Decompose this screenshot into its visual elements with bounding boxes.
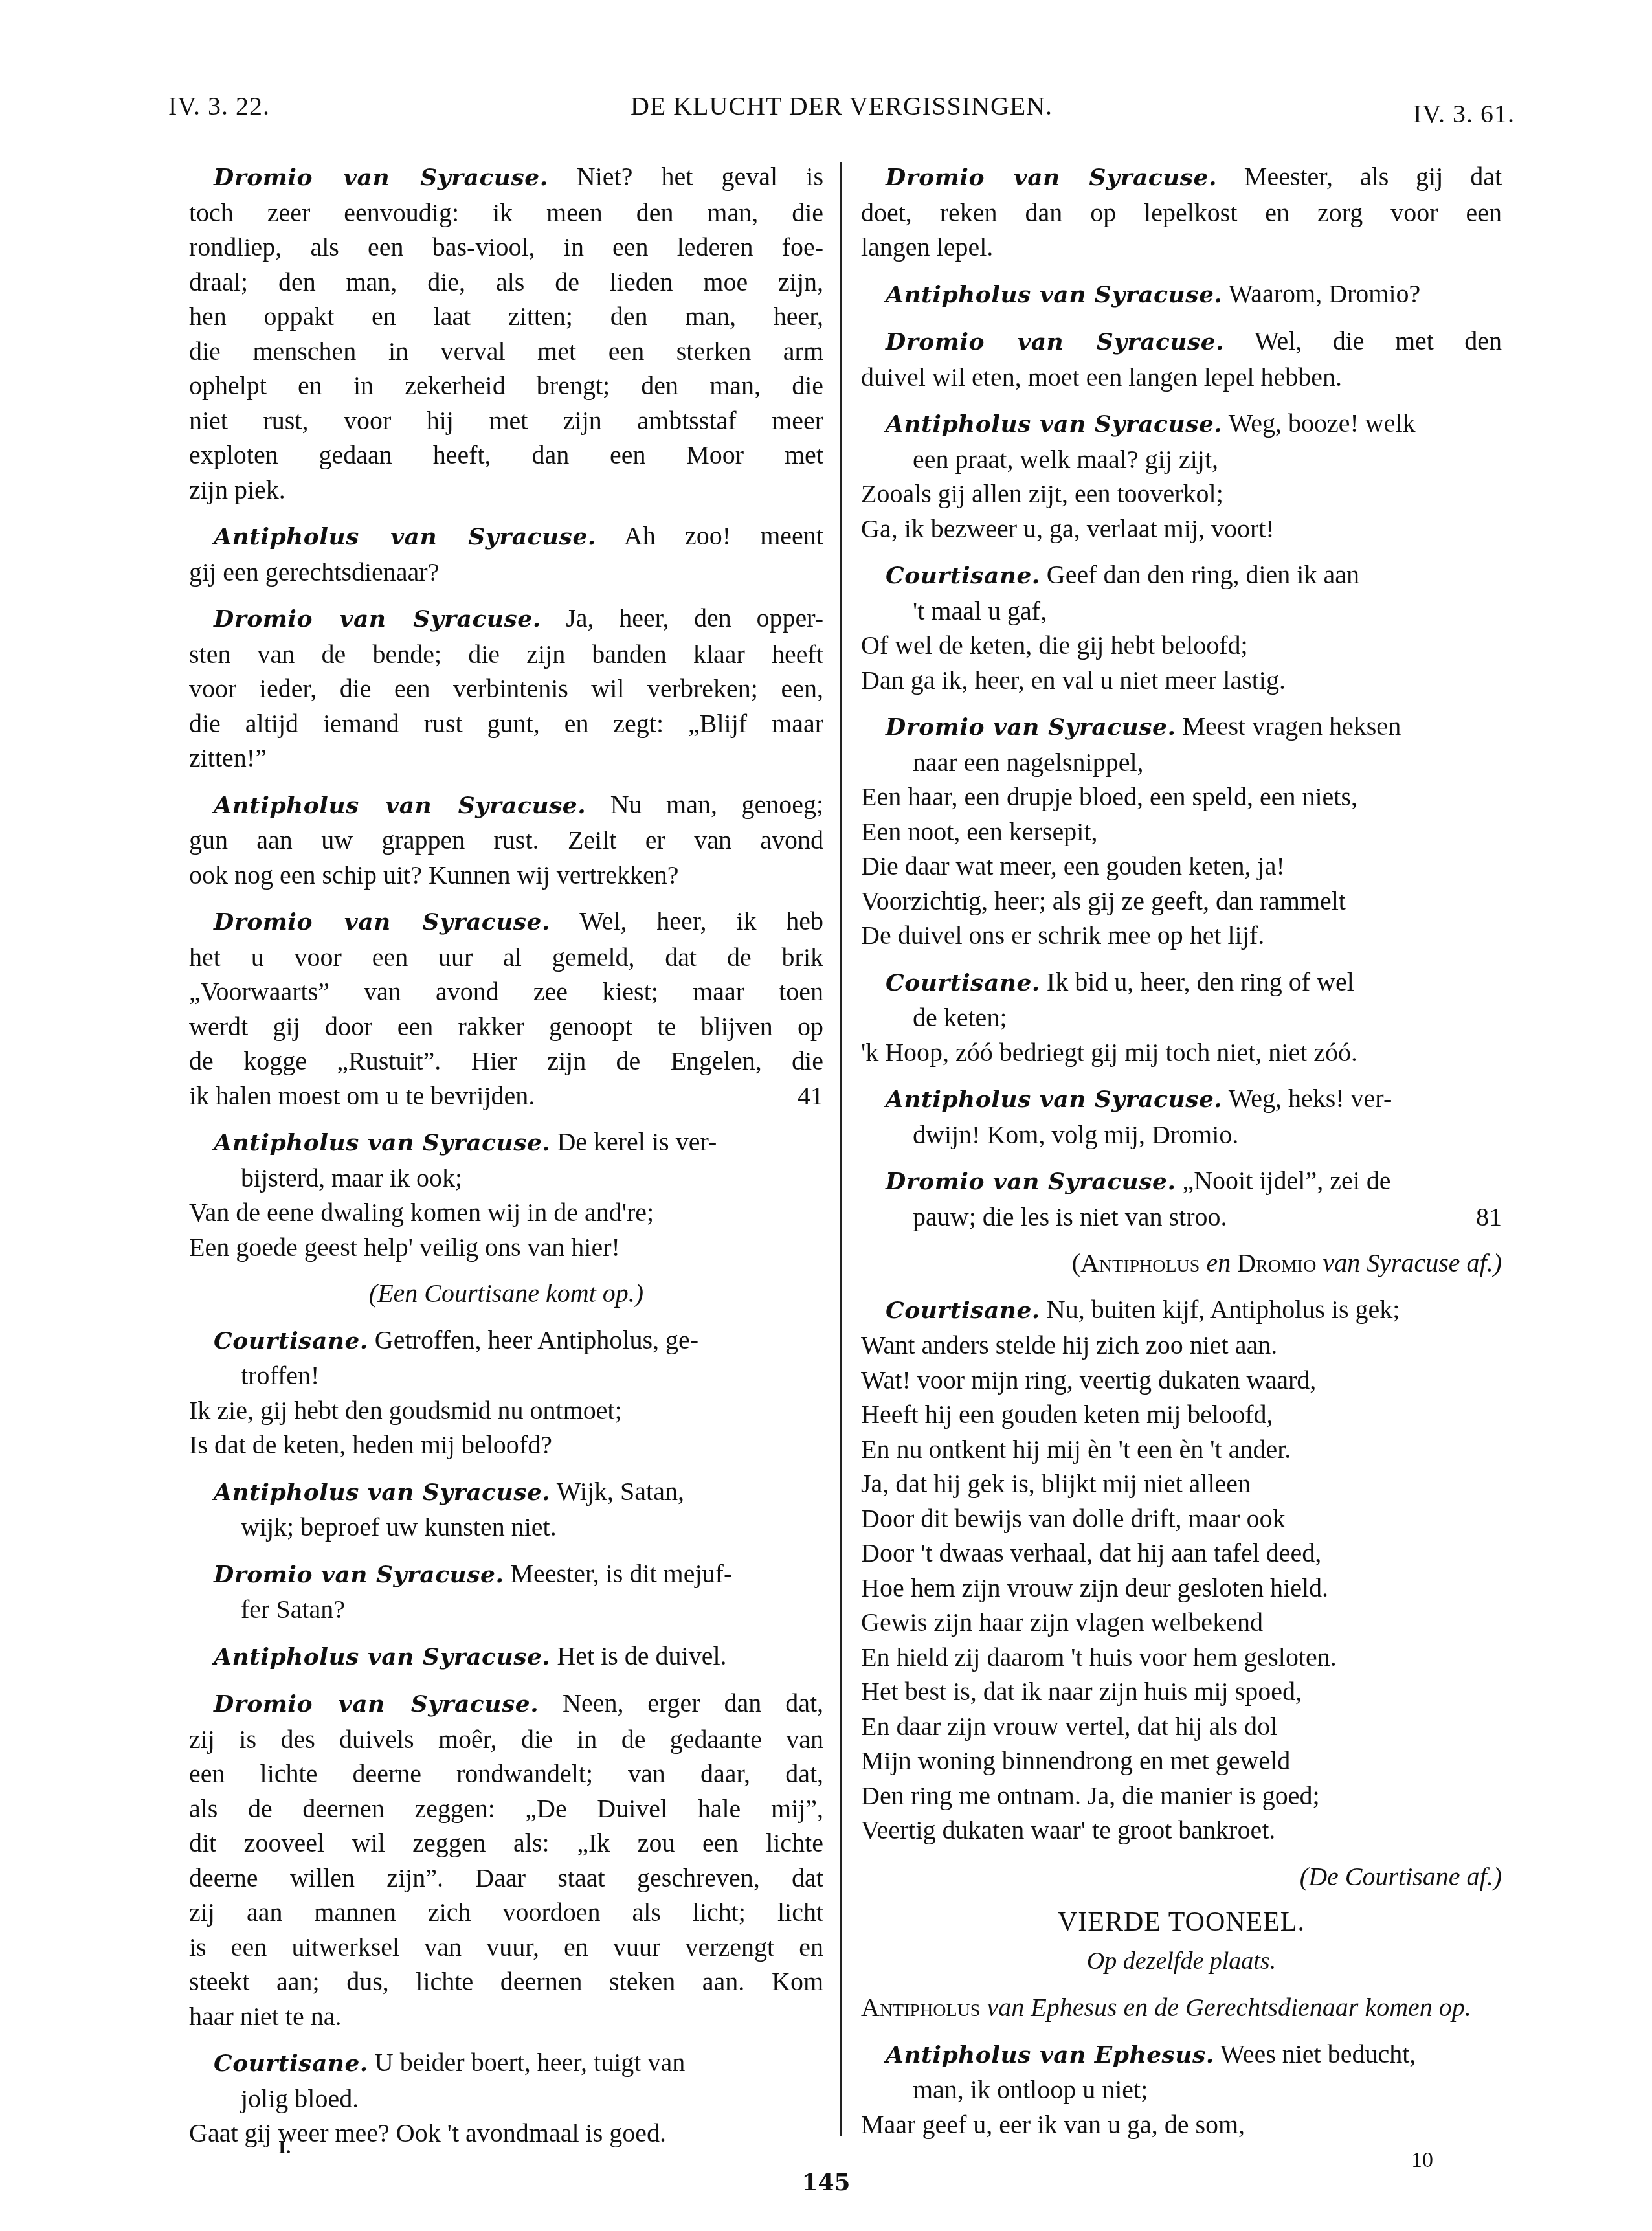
speech-line: Courtisane. Geef dan den ring, dien ik a…	[861, 557, 1502, 594]
speech-line: hen oppakt en laat zitten; den man, heer…	[189, 299, 823, 334]
speaker-name: Dromio van Syracuse.	[214, 908, 550, 936]
speech-line: Dromio van Syracuse. Wel, heer, ik heb	[189, 904, 823, 940]
speech-line: En hield zij daarom 't huis voor hem ges…	[861, 1640, 1502, 1675]
speech-line: de keten;	[861, 1000, 1502, 1035]
speech-line: Door 't dwaas verhaal, dat hij aan tafel…	[861, 1536, 1502, 1571]
speech-line: Want anders stelde hij zich zoo niet aan…	[861, 1328, 1502, 1363]
speaker-name: Dromio van Syracuse.	[214, 605, 541, 633]
speech-line: zijn piek.	[189, 473, 823, 508]
line-text: Een noot, een kersepit,	[861, 817, 1097, 846]
speech-line: Antipholus van Syracuse. Weg, heks! ver-	[861, 1081, 1502, 1117]
line-text: Wijk, Satan,	[557, 1477, 684, 1506]
line-text: U beider boert, heer, tuigt van	[375, 2048, 685, 2077]
line-number: 81	[1476, 1200, 1502, 1235]
line-text: Geef dan den ring, dien ik aan	[1047, 560, 1359, 589]
page-number: 145	[0, 2169, 1652, 2196]
line-text: Den ring me ontnam. Ja, die manier is go…	[861, 1781, 1320, 1810]
line-text: Of wel de keten, die gij hebt beloofd;	[861, 631, 1248, 660]
line-text: is een uitwerksel van vuur, en vuur verz…	[189, 1933, 823, 1962]
line-text: bijsterd, maar ik ook;	[241, 1163, 462, 1193]
line-text: zitten!”	[189, 743, 267, 772]
line-text: En daar zijn vrouw vertel, dat hij als d…	[861, 1712, 1277, 1741]
stage-part: (	[1072, 1248, 1080, 1277]
line-text: ophelpt en in zekerheid brengt; den man,…	[189, 371, 823, 400]
line-text: Want anders stelde hij zich zoo niet aan…	[861, 1330, 1277, 1360]
line-text: Weg, booze! welk	[1229, 409, 1416, 438]
speaker-name: Dromio van Syracuse.	[886, 1168, 1176, 1195]
speech-line: een praat, welk maal? gij zijt,	[861, 442, 1502, 477]
speaker-name: Courtisane.	[886, 1297, 1040, 1324]
line-text: pauw; die les is niet van stroo.	[913, 1202, 1227, 1231]
line-text: toch zeer eenvoudig: ik meen den man, di…	[189, 198, 823, 227]
line-text: Meester, is dit mejuf-	[510, 1559, 732, 1588]
line-text: Meest vragen heksen	[1182, 712, 1401, 741]
line-text: het u voor een uur al gemeld, dat de bri…	[189, 943, 823, 972]
speaker-name: Courtisane.	[214, 2050, 368, 2077]
speech: Courtisane. Nu, buiten kijf, Antipholus …	[861, 1292, 1502, 1848]
line-text: Het best is, dat ik naar zijn huis mij s…	[861, 1677, 1302, 1706]
speech: Antipholus van Syracuse. Weg, heks! ver-…	[861, 1081, 1502, 1152]
speaker-name: Antipholus van Syracuse.	[886, 410, 1222, 438]
speech-line: naar een nagelsnippel,	[861, 745, 1502, 780]
speech: Antipholus van Ephesus. Wees niet beduch…	[861, 2037, 1502, 2142]
speech: Courtisane. Geef dan den ring, dien ik a…	[861, 557, 1502, 697]
line-text: Door 't dwaas verhaal, dat hij aan tafel…	[861, 1538, 1321, 1567]
speaker-name: Dromio van Syracuse.	[886, 328, 1224, 355]
speech-line: 't maal u gaf,	[861, 594, 1502, 629]
speech-line: die menschen in verval met een sterken a…	[189, 334, 823, 369]
line-text: duivel wil eten, moet een langen lepel h…	[861, 363, 1342, 392]
speech: Dromio van Syracuse. Neen, erger dan dat…	[189, 1686, 823, 2034]
stage-direction: Antipholus van Ephesus en de Gerechtsdie…	[861, 1990, 1502, 2025]
speech-line: Antipholus van Syracuse. Wijk, Satan,	[189, 1474, 823, 1510]
line-text: Weg, heks! ver-	[1229, 1084, 1392, 1113]
speech-line: als de deernen zeggen: „De Duivel hale m…	[189, 1791, 823, 1826]
speech-line: ophelpt en in zekerheid brengt; den man,…	[189, 368, 823, 403]
speaker-name: Antipholus van Syracuse.	[214, 1479, 550, 1506]
line-text: „Nooit ijdel”, zei de	[1182, 1166, 1390, 1195]
speech-line: 'k Hoop, zóó bedriegt gij mij toch niet,…	[861, 1035, 1502, 1070]
speech-line: Antipholus van Syracuse. Weg, booze! wel…	[861, 406, 1502, 442]
speech-line: zitten!”	[189, 741, 823, 776]
speech: Antipholus van Syracuse. De kerel is ver…	[189, 1125, 823, 1264]
line-text: rondliep, als een bas-viool, in een lede…	[189, 232, 823, 262]
line-text: dwijn! Kom, volg mij, Dromio.	[913, 1120, 1238, 1149]
line-text: Een haar, een drupje bloed, een speld, e…	[861, 782, 1357, 811]
speech-line: jolig bloed.	[189, 2081, 823, 2116]
signature-mark: I.	[278, 2136, 291, 2158]
speech-line: wijk; beproef uw kunsten niet.	[189, 1510, 823, 1545]
speech-line: Die daar wat meer, een gouden keten, ja!	[861, 849, 1502, 884]
speech-line: Antipholus van Syracuse. Ah zoo! meent	[189, 519, 823, 555]
speech-line: is een uitwerksel van vuur, en vuur verz…	[189, 1930, 823, 1965]
line-text: Door dit bewijs van dolle drift, maar oo…	[861, 1504, 1285, 1533]
line-text: dit zooveel wil zeggen als: „Ik zou een …	[189, 1828, 823, 1857]
speech-line: dwijn! Kom, volg mij, Dromio.	[861, 1117, 1502, 1152]
speech-line: dit zooveel wil zeggen als: „Ik zou een …	[189, 1826, 823, 1861]
running-head: IV. 3. 22. DE KLUCHT DER VERGISSINGEN. I…	[168, 91, 1515, 129]
speech: Antipholus van Syracuse. Ah zoo! meentgi…	[189, 519, 823, 589]
speech-line: sten van de bende; die zijn banden klaar…	[189, 637, 823, 672]
speech: Antipholus van Syracuse. Waarom, Dromio?	[861, 276, 1502, 313]
speaker-name: Courtisane.	[214, 1327, 368, 1354]
speech-line: een lichte deerne rondwandelt; van daar,…	[189, 1756, 823, 1791]
line-text: Van de eene dwaling komen wij in de and'…	[189, 1198, 654, 1227]
speech-line: Ja, dat hij gek is, blijkt mij niet alle…	[861, 1466, 1502, 1501]
speech-line: Ik zie, gij hebt den goudsmid nu ontmoet…	[189, 1393, 823, 1428]
line-text: Wees niet beducht,	[1220, 2039, 1416, 2068]
line-text: Veertig dukaten waar' te groot bankroet.	[861, 1815, 1275, 1844]
running-head-title: DE KLUCHT DER VERGISSINGEN.	[168, 91, 1515, 121]
right-column: Dromio van Syracuse. Meester, als gij da…	[861, 159, 1502, 2153]
speech-line: Antipholus van Syracuse. Nu man, genoeg;	[189, 787, 823, 824]
speech-line: de kogge „Rustuit”. Hier zijn de Engelen…	[189, 1044, 823, 1079]
speech-line: Een haar, een drupje bloed, een speld, e…	[861, 779, 1502, 814]
line-text: Ja, dat hij gek is, blijkt mij niet alle…	[861, 1469, 1251, 1498]
line-text: haar niet te na.	[189, 2002, 341, 2031]
stage-part: van Ephesus en de Gerechtsdienaar komen …	[980, 1993, 1471, 2022]
line-text: Maar geef u, eer ik van u ga, de som,	[861, 2110, 1245, 2139]
line-text: de kogge „Rustuit”. Hier zijn de Engelen…	[189, 1046, 823, 1075]
speech-line: het u voor een uur al gemeld, dat de bri…	[189, 940, 823, 975]
speech-line: Door dit bewijs van dolle drift, maar oo…	[861, 1501, 1502, 1536]
speaker-name: Antipholus van Syracuse.	[886, 1086, 1222, 1113]
speech-line: Maar geef u, eer ik van u ga, de som,	[861, 2107, 1502, 2142]
speaker-name: Dromio van Syracuse.	[886, 164, 1217, 191]
line-text: Niet? het geval is	[577, 162, 823, 191]
speech-line: Gewis zijn haar zijn vlagen welbekend	[861, 1605, 1502, 1640]
line-text: werdt gij door een rakker genoopt te bli…	[189, 1012, 823, 1041]
speaker-name: Antipholus van Syracuse.	[214, 792, 586, 819]
line-text: steekt aan; dus, lichte deernen steken a…	[189, 1967, 823, 1996]
line-text: 't maal u gaf,	[913, 596, 1047, 625]
line-number: 41	[798, 1079, 823, 1114]
speech-line: voor ieder, die een verbintenis wil verb…	[189, 671, 823, 706]
line-text: naar een nagelsnippel,	[913, 748, 1144, 777]
running-head-right: IV. 3. 61.	[1413, 98, 1515, 129]
speech-line: Courtisane. Ik bid u, heer, den ring of …	[861, 965, 1502, 1001]
speech-line: Veertig dukaten waar' te groot bankroet.	[861, 1813, 1502, 1848]
speech-line: En nu ontkent hij mij èn 't een èn 't an…	[861, 1432, 1502, 1467]
line-text: En hield zij daarom 't huis voor hem ges…	[861, 1642, 1337, 1672]
line-text: Zooals gij allen zijt, een tooverkol;	[861, 479, 1223, 508]
line-text: Gewis zijn haar zijn vlagen welbekend	[861, 1608, 1263, 1637]
speech-line: Zooals gij allen zijt, een tooverkol;	[861, 476, 1502, 511]
speech-line: En daar zijn vrouw vertel, dat hij als d…	[861, 1709, 1502, 1744]
speech-line: Dan ga ik, heer, en val u niet meer last…	[861, 663, 1502, 698]
speech-line: Dromio van Syracuse. „Nooit ijdel”, zei …	[861, 1163, 1502, 1200]
line-text: ik halen moest om u te bevrijden.	[189, 1081, 535, 1110]
speech-line: zij aan mannen zich voordoen als licht; …	[189, 1895, 823, 1930]
speech-line: De duivel ons er schrik mee op het lijf.	[861, 918, 1502, 953]
line-text: troffen!	[241, 1361, 319, 1390]
line-text: zij aan mannen zich voordoen als licht; …	[189, 1898, 823, 1927]
line-text: niet rust, voor hij met zijn ambtsstaf m…	[189, 406, 823, 435]
speech-line: die altijd iemand rust gunt, en zegt: „B…	[189, 706, 823, 741]
speech-line: draal; den man, die, als de lieden moe z…	[189, 265, 823, 300]
line-text: gij een gerechtsdienaar?	[189, 557, 439, 587]
line-text: De kerel is ver-	[557, 1127, 717, 1156]
column-divider	[840, 162, 842, 2136]
speech-line: Antipholus van Syracuse. Waarom, Dromio?	[861, 276, 1502, 313]
line-text: fer Satan?	[241, 1595, 345, 1624]
speech-line: toch zeer eenvoudig: ik meen den man, di…	[189, 196, 823, 230]
speech: Dromio van Syracuse. Wel, die met dendui…	[861, 324, 1502, 394]
speech-line: Antipholus van Ephesus. Wees niet beduch…	[861, 2037, 1502, 2073]
speaker-name: Dromio van Syracuse.	[214, 1690, 539, 1718]
speech-line: „Voorwaarts” van avond zee kiest; maar t…	[189, 974, 823, 1009]
speech-line: fer Satan?	[189, 1592, 823, 1627]
line-text: Meester, als gij dat	[1244, 162, 1502, 191]
speaker-name: Dromio van Syracuse.	[214, 1561, 504, 1588]
line-text: Neen, erger dan dat,	[563, 1688, 823, 1718]
line-text: Ik zie, gij hebt den goudsmid nu ontmoet…	[189, 1396, 622, 1425]
speech-line: gun aan uw grappen rust. Zeilt er van av…	[189, 823, 823, 858]
speech-line: Hoe hem zijn vrouw zijn deur gesloten hi…	[861, 1571, 1502, 1606]
speech-line: rondliep, als een bas-viool, in een lede…	[189, 230, 823, 265]
speech-line: Dromio van Syracuse. Meester, is dit mej…	[189, 1556, 823, 1593]
line-text: Die daar wat meer, een gouden keten, ja!	[861, 851, 1285, 880]
speaker-name: Antipholus van Syracuse.	[214, 1129, 550, 1156]
line-text: Een goede geest help' veilig ons van hie…	[189, 1233, 620, 1262]
speech-line: werdt gij door een rakker genoopt te bli…	[189, 1009, 823, 1044]
speech-line: Een noot, een kersepit,	[861, 814, 1502, 849]
speech: Dromio van Syracuse. Meester, is dit mej…	[189, 1556, 823, 1627]
line-text: En nu ontkent hij mij èn 't een èn 't an…	[861, 1435, 1291, 1464]
line-text: Waarom, Dromio?	[1229, 279, 1421, 308]
speaker-name: Dromio van Syracuse.	[214, 164, 548, 191]
line-text: Dan ga ik, heer, en val u niet meer last…	[861, 666, 1286, 695]
speech-line: gij een gerechtsdienaar?	[189, 555, 823, 590]
speech-line: niet rust, voor hij met zijn ambtsstaf m…	[189, 403, 823, 438]
line-text: een lichte deerne rondwandelt; van daar,…	[189, 1759, 823, 1788]
stage-part: Dromio	[1237, 1248, 1316, 1277]
line-text: de keten;	[913, 1003, 1007, 1032]
speech-line: Het best is, dat ik naar zijn huis mij s…	[861, 1674, 1502, 1709]
speech-line: deerne willen zijn”. Daar staat geschrev…	[189, 1861, 823, 1896]
speech: Antipholus van Syracuse. Wijk, Satan,wij…	[189, 1474, 823, 1545]
speech-line: Wat! voor mijn ring, veertig dukaten waa…	[861, 1363, 1502, 1398]
line-text: Getroffen, heer Antipholus, ge-	[375, 1325, 698, 1354]
speech-line: Mijn woning binnendrong en met geweld	[861, 1743, 1502, 1778]
line-text: doet, reken dan op lepelkost en zorg voo…	[861, 198, 1502, 227]
speech: Courtisane. U beider boert, heer, tuigt …	[189, 2045, 823, 2151]
line-text: Wel, die met den	[1255, 326, 1502, 355]
speech: Antipholus van Syracuse. Nu man, genoeg;…	[189, 787, 823, 893]
line-text: Ah zoo! meent	[624, 521, 823, 550]
line-text: Nu man, genoeg;	[610, 790, 823, 819]
speaker-name: Dromio van Syracuse.	[886, 713, 1176, 741]
speech-line: man, ik ontloop u niet;	[861, 2072, 1502, 2107]
speech: Dromio van Syracuse. Niet? het geval ist…	[189, 159, 823, 507]
line-text: jolig bloed.	[241, 2084, 359, 2113]
line-text: een praat, welk maal? gij zijt,	[913, 445, 1218, 474]
speech-line: Ga, ik bezweer u, ga, verlaat mij, voort…	[861, 511, 1502, 546]
speech-line: Dromio van Syracuse. Ja, heer, den opper…	[189, 601, 823, 637]
stage-direction: (Een Courtisane komt op.)	[189, 1276, 823, 1311]
speech-line: Dromio van Syracuse. Meester, als gij da…	[861, 159, 1502, 196]
stage-part: Antipholus	[1080, 1248, 1200, 1277]
speech: Antipholus van Syracuse. Het is de duive…	[189, 1639, 823, 1675]
speech: Courtisane. Ik bid u, heer, den ring of …	[861, 965, 1502, 1070]
speech-line: steekt aan; dus, lichte deernen steken a…	[189, 1964, 823, 1999]
speaker-name: Antipholus van Ephesus.	[886, 2041, 1214, 2068]
speech-line: Dromio van Syracuse. Meest vragen heksen	[861, 709, 1502, 745]
line-text: Wel, heer, ik heb	[579, 906, 823, 936]
stage-part: van Syracuse af.)	[1316, 1248, 1502, 1277]
stage-direction: (De Courtisane af.)	[861, 1859, 1502, 1894]
stage-part: en	[1200, 1248, 1237, 1277]
line-text: draal; den man, die, als de lieden moe z…	[189, 267, 823, 297]
speech-line: doet, reken dan op lepelkost en zorg voo…	[861, 196, 1502, 230]
speech-line: Voorzichtig, heer; als gij ze geeft, dan…	[861, 884, 1502, 919]
speech-line: 81pauw; die les is niet van stroo.	[861, 1200, 1502, 1235]
line-text: Is dat de keten, heden mij beloofd?	[189, 1430, 552, 1459]
speech-line: Of wel de keten, die gij hebt beloofd;	[861, 628, 1502, 663]
speech-line: Is dat de keten, heden mij beloofd?	[189, 1428, 823, 1463]
speech-line: Courtisane. Getroffen, heer Antipholus, …	[189, 1323, 823, 1359]
speech-line: Antipholus van Syracuse. De kerel is ver…	[189, 1125, 823, 1161]
line-text: Ja, heer, den opper-	[566, 603, 823, 633]
line-text: die menschen in verval met een sterken a…	[189, 337, 823, 366]
speech-line: Antipholus van Syracuse. Het is de duive…	[189, 1639, 823, 1675]
line-text: voor ieder, die een verbintenis wil verb…	[189, 674, 823, 703]
footer-line-number: 10	[1411, 2148, 1433, 2173]
line-text: langen lepel.	[861, 232, 993, 262]
scene-location: Op dezelfde plaats.	[861, 1944, 1502, 1979]
speech-line: Courtisane. Nu, buiten kijf, Antipholus …	[861, 1292, 1502, 1329]
speech-line: troffen!	[189, 1358, 823, 1393]
line-text: ook nog een schip uit? Kunnen wij vertre…	[189, 860, 678, 890]
speech-line: 41ik halen moest om u te bevrijden.	[189, 1079, 823, 1114]
line-text: als de deernen zeggen: „De Duivel hale m…	[189, 1794, 823, 1823]
speech-line: exploten gedaan heeft, dan een Moor met	[189, 438, 823, 473]
line-text: Wat! voor mijn ring, veertig dukaten waa…	[861, 1365, 1316, 1395]
line-text: De duivel ons er schrik mee op het lijf.	[861, 921, 1264, 950]
left-column: Dromio van Syracuse. Niet? het geval ist…	[189, 159, 823, 2162]
line-text: 'k Hoop, zóó bedriegt gij mij toch niet,…	[861, 1038, 1357, 1067]
speech: Courtisane. Getroffen, heer Antipholus, …	[189, 1323, 823, 1463]
speaker-name: Courtisane.	[886, 562, 1040, 589]
speech-line: zij is des duivels moêr, die in de gedaa…	[189, 1722, 823, 1757]
line-text: Voorzichtig, heer; als gij ze geeft, dan…	[861, 886, 1346, 915]
line-text: Heeft hij een gouden keten mij beloofd,	[861, 1400, 1273, 1429]
speech-line: Den ring me ontnam. Ja, die manier is go…	[861, 1778, 1502, 1813]
speech-line: bijsterd, maar ik ook;	[189, 1161, 823, 1196]
line-text: Nu, buiten kijf, Antipholus is gek;	[1047, 1295, 1400, 1324]
line-text: wijk; beproef uw kunsten niet.	[241, 1512, 557, 1542]
speech: Dromio van Syracuse. Meester, als gij da…	[861, 159, 1502, 265]
line-text: deerne willen zijn”. Daar staat geschrev…	[189, 1863, 823, 1892]
line-text: Mijn woning binnendrong en met geweld	[861, 1746, 1290, 1775]
speech: Dromio van Syracuse. Wel, heer, ik hebhe…	[189, 904, 823, 1113]
speaker-name: Antipholus van Syracuse.	[214, 1643, 550, 1670]
speech: Dromio van Syracuse. Ja, heer, den opper…	[189, 601, 823, 776]
line-text: gun aan uw grappen rust. Zeilt er van av…	[189, 825, 823, 855]
speech-line: langen lepel.	[861, 230, 1502, 265]
speaker-name: Courtisane.	[886, 969, 1040, 996]
speaker-name: Antipholus van Syracuse.	[886, 281, 1222, 308]
speech-line: haar niet te na.	[189, 1999, 823, 2034]
line-text: Gaat gij weer mee? Ook 't avondmaal is g…	[189, 2118, 666, 2147]
speech: Antipholus van Syracuse. Weg, booze! wel…	[861, 406, 1502, 546]
scene-heading: VIERDE TOONEEL.	[861, 1905, 1502, 1940]
speech-line: Een goede geest help' veilig ons van hie…	[189, 1230, 823, 1265]
line-text: Ik bid u, heer, den ring of wel	[1047, 967, 1354, 996]
speech-line: Van de eene dwaling komen wij in de and'…	[189, 1195, 823, 1230]
line-text: exploten gedaan heeft, dan een Moor met	[189, 440, 823, 469]
speech-line: Courtisane. U beider boert, heer, tuigt …	[189, 2045, 823, 2081]
speech: Dromio van Syracuse. „Nooit ijdel”, zei …	[861, 1163, 1502, 1234]
line-text: die altijd iemand rust gunt, en zegt: „B…	[189, 709, 823, 738]
line-text: Hoe hem zijn vrouw zijn deur gesloten hi…	[861, 1573, 1328, 1602]
line-text: man, ik ontloop u niet;	[913, 2075, 1148, 2104]
line-text: Ga, ik bezweer u, ga, verlaat mij, voort…	[861, 514, 1275, 543]
line-text: hen oppakt en laat zitten; den man, heer…	[189, 302, 823, 331]
line-text: „Voorwaarts” van avond zee kiest; maar t…	[189, 977, 823, 1006]
speech-line: duivel wil eten, moet een langen lepel h…	[861, 360, 1502, 395]
speech: Dromio van Syracuse. Meest vragen heksen…	[861, 709, 1502, 953]
speech-line: Dromio van Syracuse. Wel, die met den	[861, 324, 1502, 360]
line-text: Het is de duivel.	[557, 1641, 726, 1670]
line-text: zijn piek.	[189, 475, 285, 504]
stage-part: Antipholus	[861, 1993, 980, 2022]
speech-line: Heeft hij een gouden keten mij beloofd,	[861, 1397, 1502, 1432]
line-text: zij is des duivels moêr, die in de gedaa…	[189, 1725, 823, 1754]
speaker-name: Antipholus van Syracuse.	[214, 523, 596, 550]
speech-line: ook nog een schip uit? Kunnen wij vertre…	[189, 858, 823, 893]
line-text: sten van de bende; die zijn banden klaar…	[189, 640, 823, 669]
speech-line: Dromio van Syracuse. Niet? het geval is	[189, 159, 823, 196]
speech-line: Dromio van Syracuse. Neen, erger dan dat…	[189, 1686, 823, 1722]
stage-direction: (Antipholus en Dromio van Syracuse af.)	[861, 1246, 1502, 1281]
